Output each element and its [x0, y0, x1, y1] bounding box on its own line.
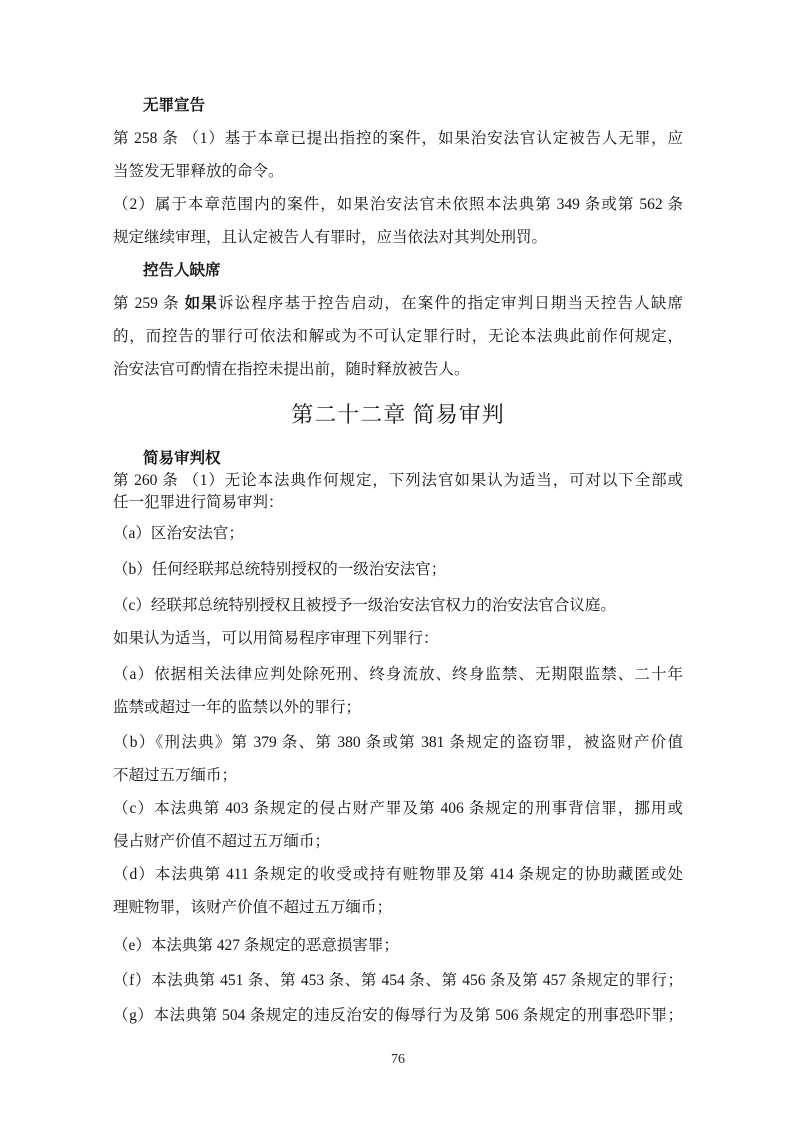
article-number: 第 259 条	[113, 295, 185, 312]
bold-run: 如果	[185, 295, 218, 312]
paragraph-line: 当签发无罪释放的命令。	[113, 155, 683, 188]
list-item-line: 不超过五万缅币；	[113, 759, 683, 792]
list-item-line: 监禁或超过一年的监禁以外的罪行；	[113, 691, 683, 724]
paragraph-line: 第 258 条 （1）基于本章已提出指控的案件，如果治安法官认定被告人无罪，应	[113, 122, 683, 155]
list-item: （b）任何经联邦总统特别授权的一级治安法官；	[113, 553, 683, 586]
list-item-line: （a）依据相关法律应判处除死刑、终身流放、终身监禁、无期限监禁、二十年	[113, 658, 683, 691]
section-heading: 控告人缺席	[113, 254, 683, 287]
paragraph-text: 诉讼程序基于控告启动，在案件的指定审判日期当天控告人缺席	[218, 295, 683, 312]
list-item: （e）本法典第 427 条规定的恶意损害罪；	[113, 929, 683, 962]
document-page: 无罪宣告 第 258 条 （1）基于本章已提出指控的案件，如果治安法官认定被告人…	[0, 0, 793, 1122]
paragraph-line: 第 259 条 如果诉讼程序基于控告启动，在案件的指定审判日期当天控告人缺席	[113, 287, 683, 320]
paragraph-line: （2）属于本章范围内的案件，如果治安法官未依照本法典第 349 条或第 562 …	[113, 188, 683, 221]
list-item-line: （d）本法典第 411 条规定的收受或持有赃物罪及第 414 条规定的协助藏匿或…	[113, 858, 683, 891]
paragraph-line: 治安法官可酌情在指控未提出前，随时释放被告人。	[113, 353, 683, 386]
list-item-line: 理赃物罪，该财产价值不超过五万缅币；	[113, 891, 683, 924]
list-item: （g）本法典第 504 条规定的违反治安的侮辱行为及第 506 条规定的刑事恐吓…	[113, 999, 683, 1032]
list-item-line: （c）本法典第 403 条规定的侵占财产罪及第 406 条规定的刑事背信罪，挪用…	[113, 792, 683, 825]
list-item: （a）区治安法官；	[113, 517, 683, 550]
paragraph-line: 任一犯罪进行简易审判：	[113, 492, 683, 514]
paragraph-line: 规定继续审理，且认定被告人有罪时，应当依法对其判处刑罚。	[113, 221, 683, 254]
list-item: （c）经联邦总统特别授权且被授予一级治安法官权力的治安法官合议庭。	[113, 589, 683, 622]
paragraph-line: 如果认为适当，可以用简易程序审理下列罪行：	[113, 622, 683, 655]
section-heading: 简易审判权	[113, 448, 683, 470]
section-heading: 无罪宣告	[113, 89, 683, 122]
paragraph-line: 第 260 条 （1）无论本法典作何规定，下列法官如果认为适当，可对以下全部或	[113, 470, 683, 492]
list-item-line: 侵占财产价值不超过五万缅币；	[113, 825, 683, 858]
list-item-line: （b）《刑法典》第 379 条、第 380 条或第 381 条规定的盗窃罪，被盗…	[113, 726, 683, 759]
page-number: 76	[113, 1045, 683, 1075]
chapter-title: 第二十二章 简易审判	[113, 386, 683, 444]
list-item: （f）本法典第 451 条、第 453 条、第 454 条、第 456 条及第 …	[113, 964, 683, 997]
paragraph-line: 的，而控告的罪行可依法和解或为不可认定罪行时，无论本法典此前作何规定，	[113, 320, 683, 353]
